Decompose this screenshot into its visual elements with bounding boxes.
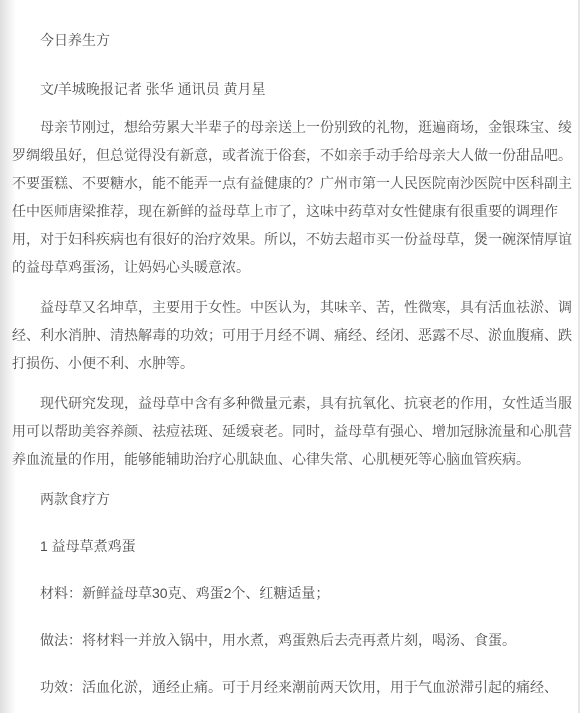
paragraph-modern-research: 现代研究发现，益母草中含有多种微量元素，具有抗氧化、抗衰老的作用，女性适当服用可… <box>12 389 572 473</box>
recipe-1-materials: 材料：新鲜益母草30克、鸡蛋2个、红糖适量； <box>12 579 572 607</box>
paragraph-intro: 母亲节刚过，想给劳累大半辈子的母亲送上一份别致的礼物，逛遍商场，金银珠宝、绫罗绸… <box>12 113 572 281</box>
section-heading: 两款食疗方 <box>12 485 572 513</box>
article-page: 今日养生方 文/羊城晚报记者 张华 通讯员 黄月星 母亲节刚过，想给劳累大半辈子… <box>0 0 586 713</box>
byline: 文/羊城晚报记者 张华 通讯员 黄月星 <box>12 75 572 103</box>
recipe-1-method: 做法：将材料一并放入锅中，用水煮，鸡蛋熟后去壳再煮片刻，喝汤、食蛋。 <box>12 626 572 654</box>
recipe-1-heading: 1 益母草煮鸡蛋 <box>12 532 572 560</box>
recipe-1-effect: 功效：活血化淤，通经止痛。可于月经来潮前两天饮用，用于气血淤滞引起的痛经、 <box>12 673 572 701</box>
article-content: 今日养生方 文/羊城晚报记者 张华 通讯员 黄月星 母亲节刚过，想给劳累大半辈子… <box>0 0 586 701</box>
column-title: 今日养生方 <box>12 26 572 54</box>
paragraph-tcm-properties: 益母草又名坤草，主要用于女性。中医认为，其味辛、苦，性微寒，具有活血祛淤、调经、… <box>12 293 572 377</box>
